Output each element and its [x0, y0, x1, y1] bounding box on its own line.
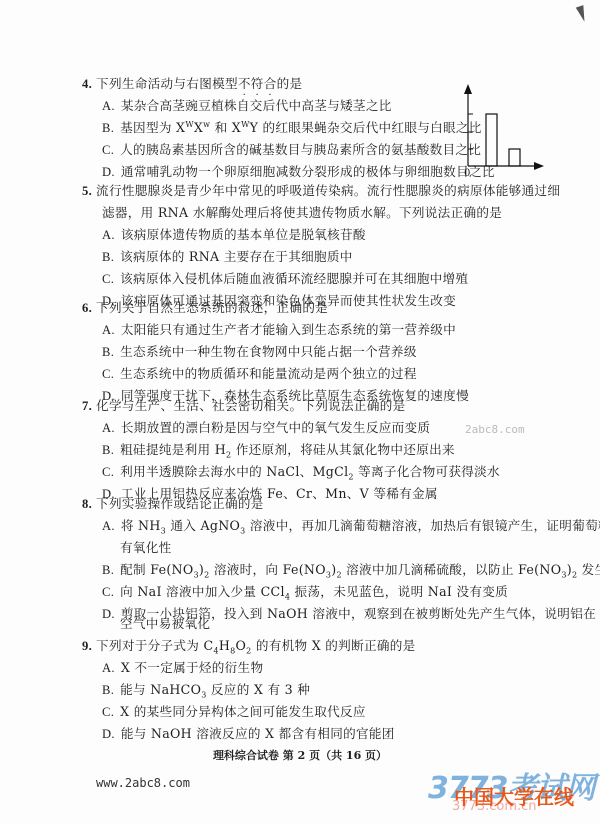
question-8-stem: 8.下列实验操作或结论正确的是 — [82, 496, 264, 512]
question-4-option-d: D.通常哺乳动物一个卵原细胞减数分裂形成的极体与卵细胞数目之比 — [102, 164, 495, 180]
question-8-option-b: B.配制 Fe(NO3)2 溶液时，向 Fe(NO3)2 溶液中加几滴稀硫酸，以… — [102, 562, 600, 578]
question-8-option-a: A.将 NH3 通入 AgNO3 溶液中，再加几滴葡萄糖溶液，加热后有银镜产生，… — [102, 518, 600, 534]
watermark-url-mid: 2abc8.com — [465, 423, 525, 436]
question-5-option-c: C.该病原体入侵机体后随血液循环流经腮腺并可在其细胞中增殖 — [102, 271, 468, 287]
question-6-option-c: C.生态系统中的物质循环和能量流动是两个独立的过程 — [102, 366, 417, 382]
bar-model-figure — [458, 84, 544, 174]
question-9-option-a: A.X 不一定属于烃的衍生物 — [102, 660, 263, 676]
origin-label: 0 — [464, 168, 470, 179]
question-6-option-b: B.生态系统中一种生物在食物网中只能占据一个营养级 — [102, 344, 417, 360]
question-5-stem: 5.流行性腮腺炎是青少年中常见的呼吸道传染病。流行性腮腺炎的病原体能够通过细 — [82, 183, 560, 199]
question-9-option-d: D.能与 NaOH 溶液反应的 X 都含有相同的官能团 — [102, 726, 395, 742]
question-5-option-b: B.该病原体的 RNA 主要存在于其细胞质中 — [102, 249, 353, 265]
question-4-option-a: A.某杂合高茎豌豆植株自交后代中高茎与矮茎之比 — [102, 98, 392, 114]
question-9-option-b: B.能与 NaHCO3 反应的 X 有 3 种 — [102, 682, 310, 698]
question-6-stem: 6.下列关于自然生态系统的叙述，正确的是 — [82, 300, 328, 316]
question-9-option-c: C.X 的某些同分异构体之间可能发生取代反应 — [102, 704, 366, 720]
question-4-option-c: C.人的胰岛素基因所含的碱基数目与胰岛素所含的氨基酸数目之比 — [102, 142, 481, 158]
question-6-option-a: A.太阳能只有通过生产者才能输入到生态系统的第一营养级中 — [102, 322, 456, 338]
question-7-option-a: A.长期放置的漂白粉是因与空气中的氧气发生反应而变质 — [102, 420, 430, 436]
question-8-option-a-cont: 有氧化性 — [120, 540, 172, 556]
question-5-option-a: A.该病原体遗传物质的基本单位是脱氧核苷酸 — [102, 227, 366, 243]
watermark-url: www.2abc8.com — [96, 776, 190, 790]
question-7-stem: 7.化学与生产、生活、社会密切相关。下列说法正确的是 — [82, 398, 406, 414]
question-7-option-b: B.粗硅提纯是利用 H2 作还原剂，将硅从其氯化物中还原出来 — [102, 442, 455, 458]
corner-mark — [576, 5, 589, 23]
question-4-stem: 4.下列生命活动与右图模型不符合的是 — [82, 76, 302, 92]
watermark-logo: 3773考试网 3773.com.cn 中国大学在线 — [428, 763, 598, 823]
question-4-option-b: B.基因型为 XWXw 和 XWY 的红眼果蝇杂交后代中红眼与白眼之比 — [102, 120, 482, 136]
question-8-option-d-cont: 空气中易被氧化 — [120, 616, 210, 632]
question-9-stem: 9.下列对于分子式为 C4H8O2 的有机物 X 的判断正确的是 — [82, 638, 416, 654]
question-8-option-c: C.向 NaI 溶液中加入少量 CCl4 振荡，未见蓝色，说明 NaI 没有变质 — [102, 584, 508, 600]
page-footer: 理科综合试卷 第 2 页（共 16 页） — [0, 747, 600, 763]
question-7-option-c: C.利用半透膜除去海水中的 NaCl、MgCl2 等离子化合物可获得淡水 — [102, 464, 500, 480]
logo-china-university: 中国大学在线 — [454, 781, 574, 810]
question-5-stem-cont: 滤器，用 RNA 水解酶处理后将使其遗传物质水解。下列说法正确的是 — [102, 205, 502, 221]
